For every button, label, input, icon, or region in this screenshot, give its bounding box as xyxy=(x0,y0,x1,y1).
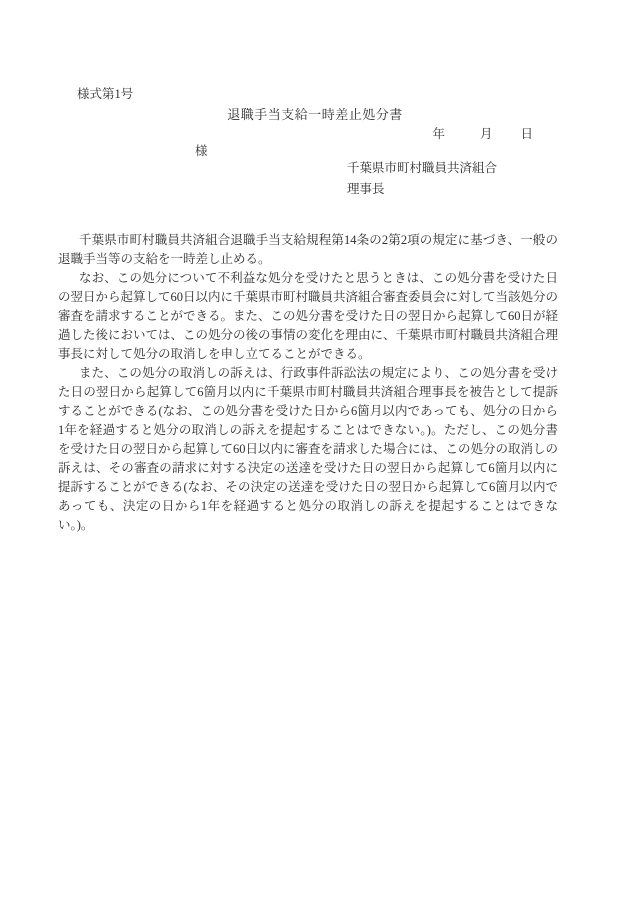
issuer-title: 理事長 xyxy=(347,179,385,197)
addressee-honorific: 様 xyxy=(195,141,208,159)
month-label: 月 xyxy=(480,127,493,141)
document-page: 様式第1号 退職手当支給一時差止処分書 年月日 様 千葉県市町村職員共済組合 理… xyxy=(0,0,630,915)
body-paragraph: なお、この処分について不利益な処分を受けたと思うときは、この処分書を受けた日の翌… xyxy=(58,269,558,364)
issuer-organization: 千葉県市町村職員共済組合 xyxy=(347,158,497,176)
body-paragraph: 千葉県市町村職員共済組合退職手当支給規程第14条の2第2項の規定に基づき、一般の… xyxy=(58,231,558,269)
form-number: 様式第1号 xyxy=(77,84,133,102)
document-title: 退職手当支給一時差止処分書 xyxy=(0,104,630,123)
date-line: 年月日 xyxy=(0,124,533,142)
body-paragraph: また、この処分の取消しの訴えは、行政事件訴訟法の規定により、この処分書を受けた日… xyxy=(58,364,558,535)
day-label: 日 xyxy=(520,127,533,141)
year-label: 年 xyxy=(432,127,445,141)
document-body: 千葉県市町村職員共済組合退職手当支給規程第14条の2第2項の規定に基づき、一般の… xyxy=(58,231,558,535)
